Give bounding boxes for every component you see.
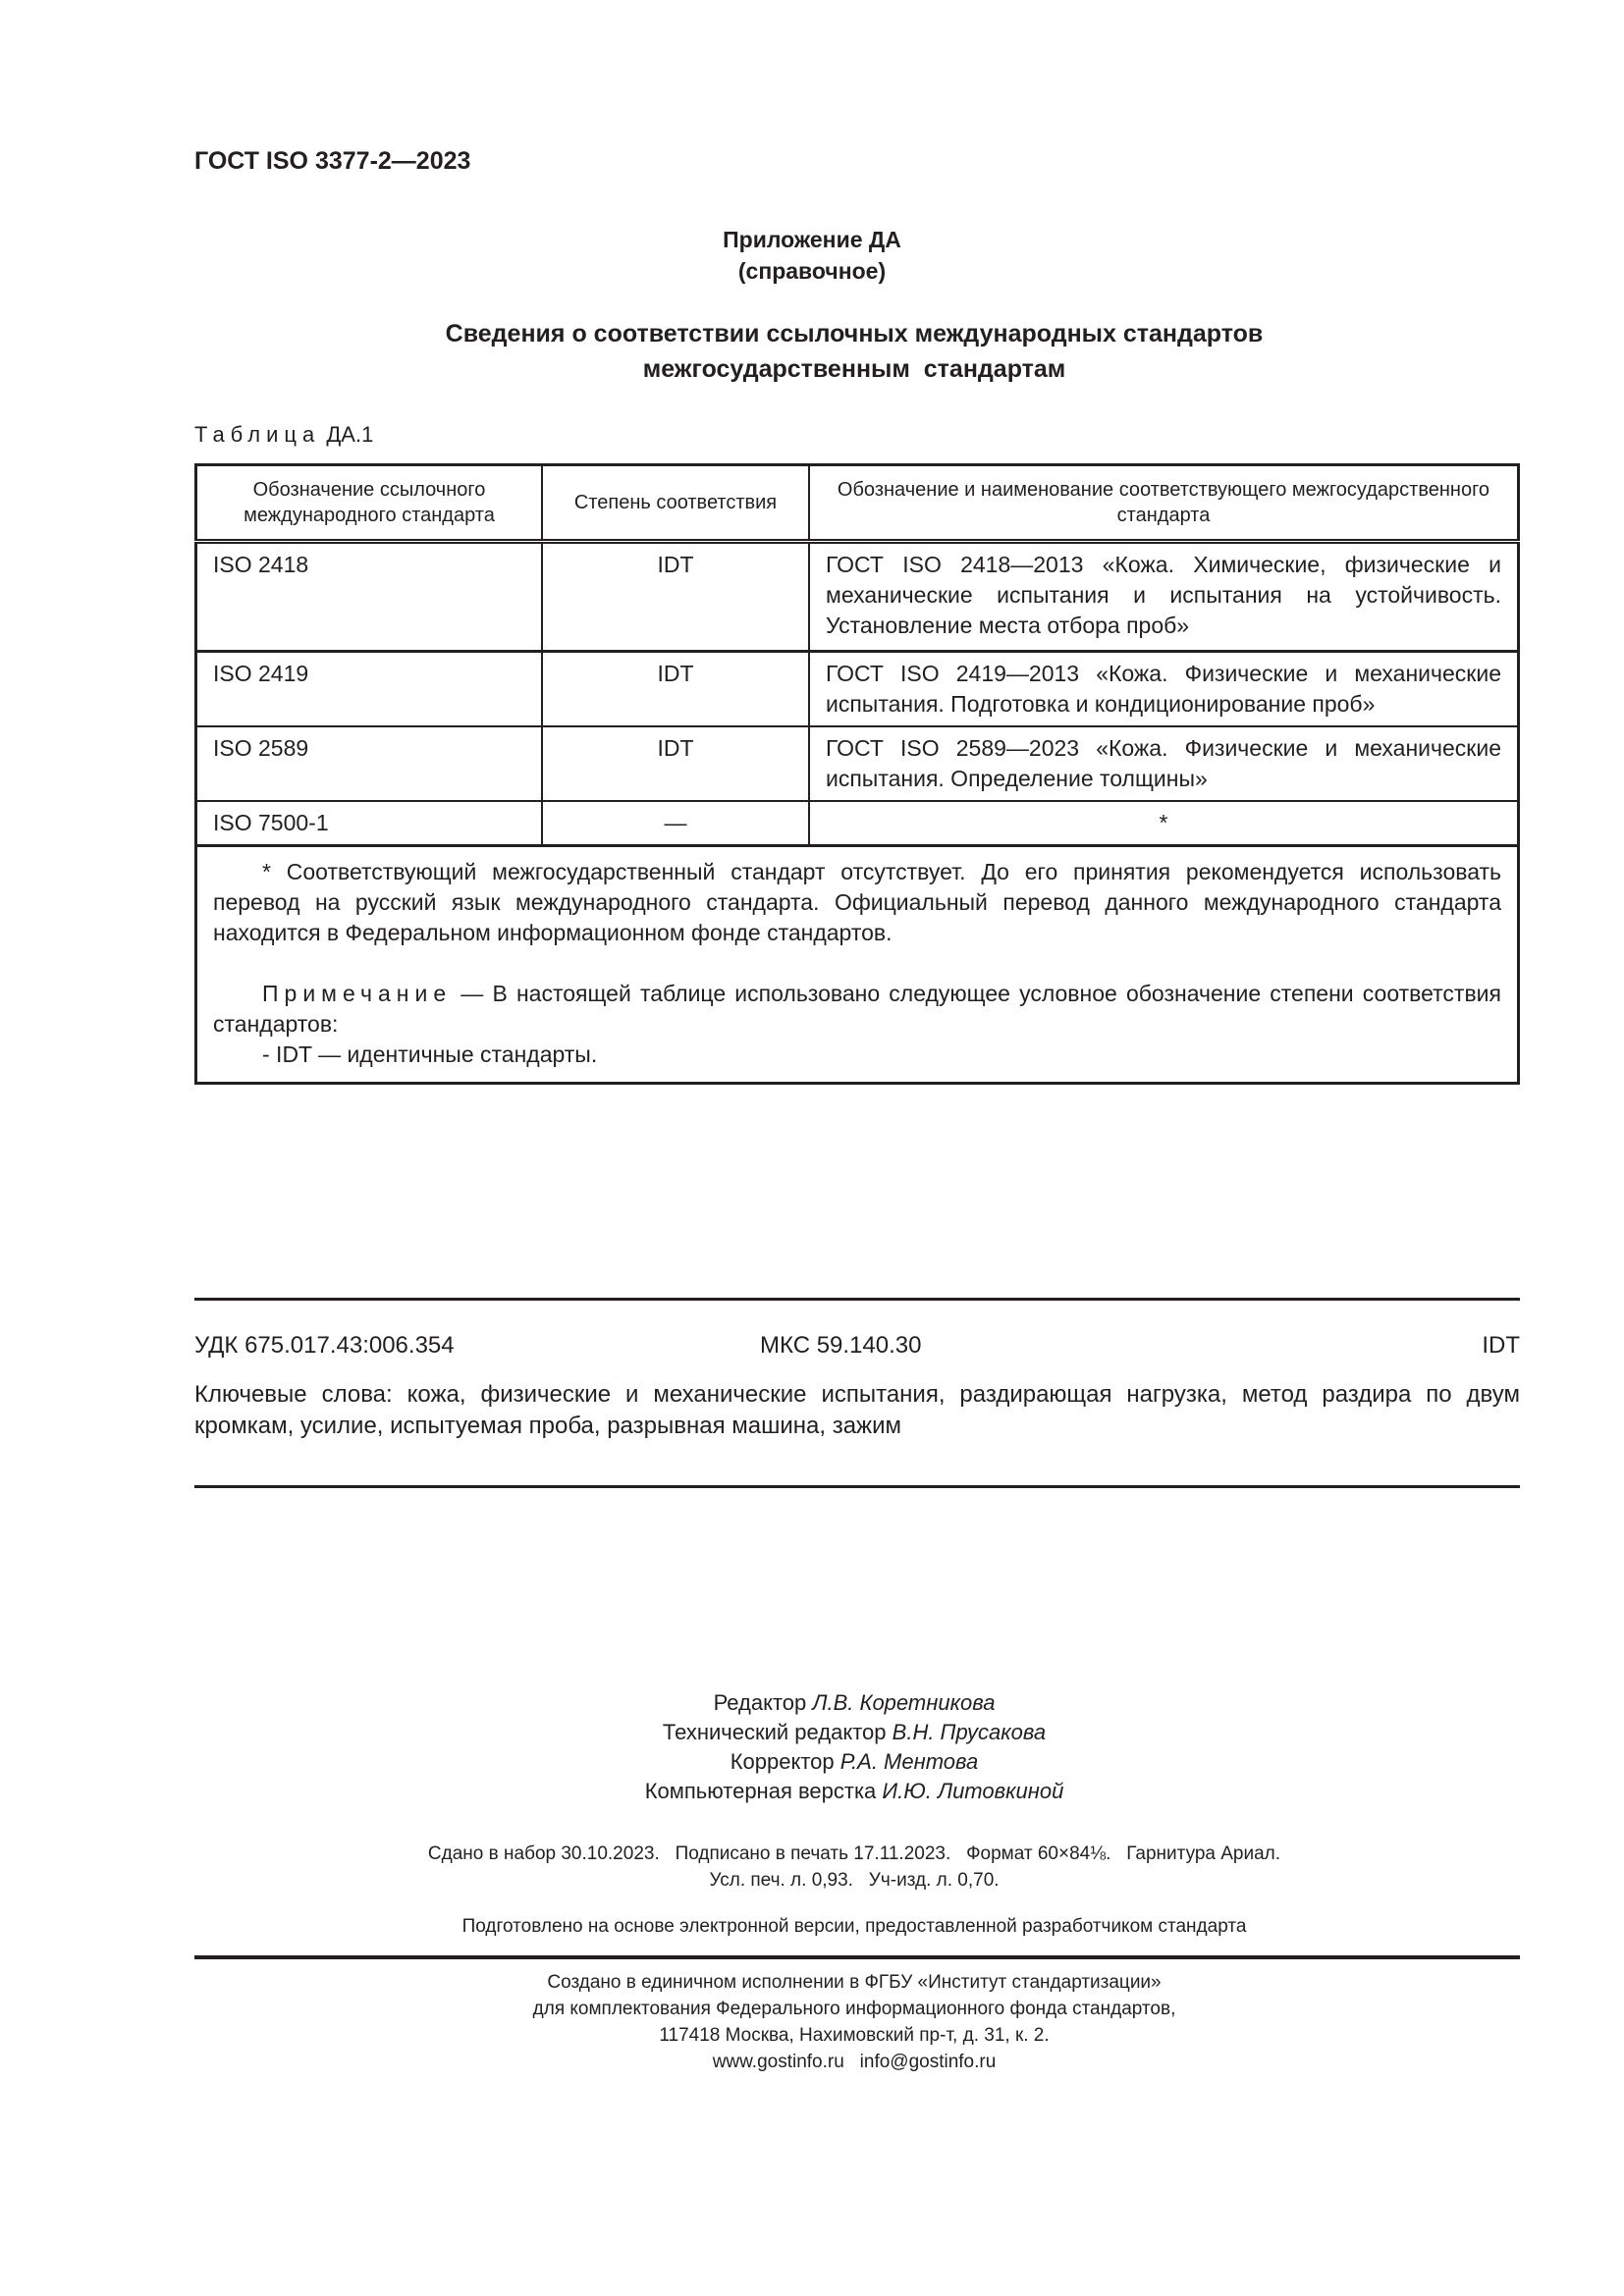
correspondence-table: Обозначение ссылочного международного ст… (194, 463, 1520, 1085)
credit-proofreader: Корректор Р.А. Ментова (0, 1747, 1624, 1777)
section-title: Сведения о соответствии ссылочных междун… (0, 316, 1624, 387)
credit-role: Редактор (714, 1690, 807, 1715)
appendix-title: Приложение ДА (0, 224, 1624, 255)
prepared-note: Подготовлено на основе электронной верси… (0, 1916, 1624, 1938)
credit-name: И.Ю. Литовкиной (882, 1779, 1063, 1803)
cell-gost: ГОСТ ISO 2418—2013 «Кожа. Химические, фи… (809, 542, 1519, 652)
credit-role: Корректор (731, 1749, 835, 1774)
publisher-address: 117418 Москва, Нахимовский пр-т, д. 31, … (0, 2022, 1624, 2049)
cell-degree: IDT (542, 652, 809, 727)
cell-gost: * (809, 801, 1519, 846)
section-title-line2: межгосударственным стандартам (0, 351, 1624, 387)
table-row: ISO 2418 IDT ГОСТ ISO 2418—2013 «Кожа. Х… (196, 542, 1519, 652)
credit-layout: Компьютерная верстка И.Ю. Литовкиной (0, 1777, 1624, 1806)
mks-code: МКС 59.140.30 (760, 1332, 921, 1360)
credits: Редактор Л.В. Коретникова Технический ре… (0, 1688, 1624, 1806)
table-caption-id: ДА.1 (326, 422, 373, 447)
print-info-line2: Усл. печ. л. 0,93. Уч-изд. л. 0,70. (0, 1867, 1624, 1894)
publisher-line1: Создано в единичном исполнении в ФГБУ «И… (0, 1969, 1624, 1996)
appendix-subtitle: (справочное) (0, 255, 1624, 287)
table-row: ISO 2589 IDT ГОСТ ISO 2589—2023 «Кожа. Ф… (196, 726, 1519, 801)
cell-gost: ГОСТ ISO 2419—2013 «Кожа. Физические и м… (809, 652, 1519, 727)
publisher-info: Создано в единичном исполнении в ФГБУ «И… (0, 1969, 1624, 2075)
column-header-reference: Обозначение ссылочного международного ст… (196, 465, 543, 542)
table-row: ISO 2419 IDT ГОСТ ISO 2419—2013 «Кожа. Ф… (196, 652, 1519, 727)
publisher-contacts: www.gostinfo.ru info@gostinfo.ru (0, 2049, 1624, 2075)
table-footnote: * Соответствующий межгосударственный ста… (213, 857, 1501, 948)
note-label: Примечание (262, 981, 452, 1006)
divider-publisher (194, 1955, 1520, 1959)
note-list-item: - IDT — идентичные стандарты. (213, 1040, 1501, 1070)
table-notes: * Соответствующий межгосударственный ста… (196, 846, 1519, 1084)
divider-top (194, 1298, 1520, 1301)
credit-editor: Редактор Л.В. Коретникова (0, 1688, 1624, 1718)
credit-role: Технический редактор (663, 1720, 887, 1744)
column-header-gost: Обозначение и наименование соответствующ… (809, 465, 1519, 542)
credit-name: Р.А. Ментова (840, 1749, 978, 1774)
keywords: Ключевые слова: кожа, физические и механ… (194, 1379, 1520, 1442)
column-header-degree: Степень соответствия (542, 465, 809, 542)
classification-row: УДК 675.017.43:006.354 МКС 59.140.30 IDT (194, 1332, 1520, 1360)
publisher-line2: для комплектования Федерального информац… (0, 1996, 1624, 2022)
table-caption: Таблица ДА.1 (194, 422, 373, 448)
degree-code: IDT (1482, 1332, 1520, 1360)
credit-name: Л.В. Коретникова (812, 1690, 995, 1715)
udk-code: УДК 675.017.43:006.354 (194, 1332, 455, 1360)
cell-reference: ISO 2419 (196, 652, 543, 727)
table-row: ISO 7500-1 — * (196, 801, 1519, 846)
table-header-row: Обозначение ссылочного международного ст… (196, 465, 1519, 542)
document-id: ГОСТ ISO 3377-2—2023 (194, 147, 470, 176)
cell-reference: ISO 7500-1 (196, 801, 543, 846)
cell-degree: IDT (542, 542, 809, 652)
print-info: Сдано в набор 30.10.2023. Подписано в пе… (0, 1841, 1624, 1894)
table-caption-word: Таблица (194, 422, 320, 447)
cell-reference: ISO 2418 (196, 542, 543, 652)
cell-gost: ГОСТ ISO 2589—2023 «Кожа. Физические и м… (809, 726, 1519, 801)
cell-degree: IDT (542, 726, 809, 801)
credit-tech-editor: Технический редактор В.Н. Прусакова (0, 1718, 1624, 1747)
divider-bottom (194, 1485, 1520, 1488)
section-title-line1: Сведения о соответствии ссылочных междун… (0, 316, 1624, 351)
cell-degree: — (542, 801, 809, 846)
print-info-line1: Сдано в набор 30.10.2023. Подписано в пе… (0, 1841, 1624, 1867)
table-notes-row: * Соответствующий межгосударственный ста… (196, 846, 1519, 1084)
table-note: Примечание — В настоящей таблице использ… (213, 979, 1501, 1040)
credit-name: В.Н. Прусакова (893, 1720, 1046, 1744)
website-link[interactable]: www.gostinfo.ru (713, 2052, 844, 2072)
credit-role: Компьютерная верстка (645, 1779, 877, 1803)
email-link[interactable]: info@gostinfo.ru (860, 2052, 997, 2072)
appendix-heading: Приложение ДА (справочное) (0, 224, 1624, 287)
cell-reference: ISO 2589 (196, 726, 543, 801)
